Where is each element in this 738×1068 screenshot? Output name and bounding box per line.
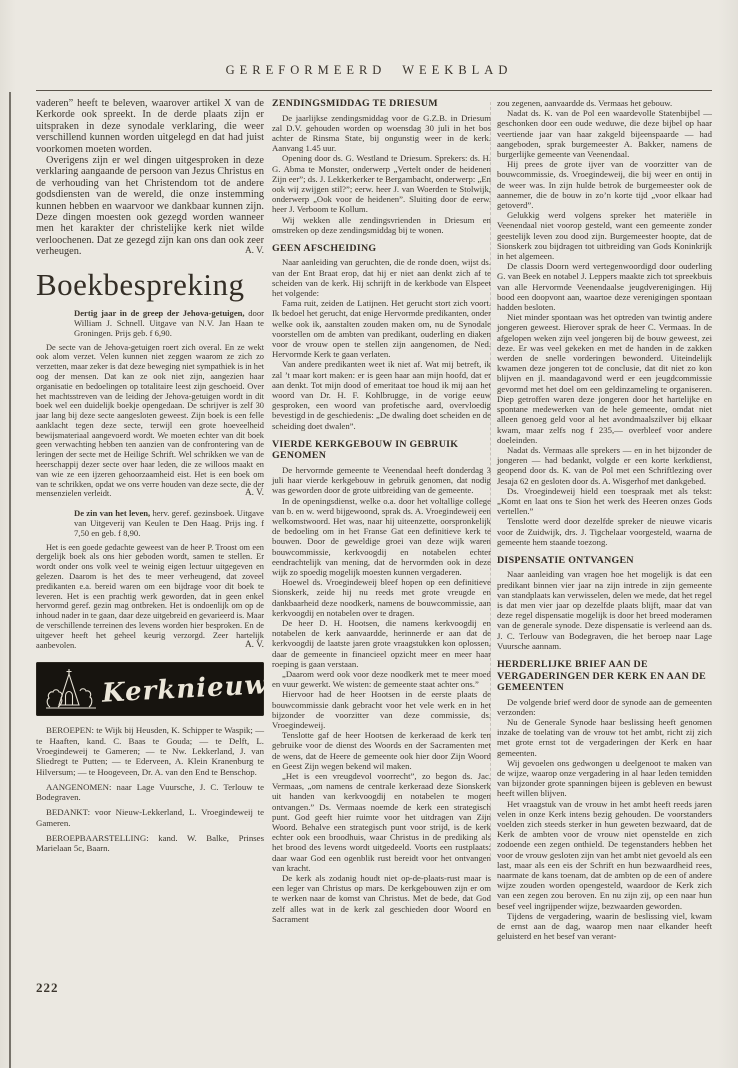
article-paragraph: De jaarlijkse zendingsmiddag voor de G.Z…: [272, 113, 491, 154]
article-paragraph: Hoewel ds. Vroegindeweij bleef hopen op …: [272, 577, 491, 618]
article-paragraph: Naar aanleiding van geruchten, die de ro…: [272, 257, 491, 298]
article-paragraph: „Daarom werd ook voor deze noodkerk met …: [272, 669, 491, 689]
kerknieuws-banner: Kerknieuws: [36, 662, 264, 716]
continuation-paragraph: Overigens zijn er wel dingen uitgesproke…: [36, 155, 264, 258]
article-paragraph: Naar aanleiding van vragen hoe het mogel…: [497, 569, 712, 651]
article-paragraph: Tijdens de vergadering, waarin de beslis…: [497, 911, 712, 942]
article-paragraph: Nu de Generale Synode haar beslissing he…: [497, 717, 712, 758]
left-column: vaderen” heeft te beleven, waarover arti…: [36, 98, 264, 859]
author-initials: A. V.: [235, 489, 264, 499]
book-title: Dertig jaar in de greep der Jehova-getui…: [74, 308, 245, 318]
middle-column: ZENDINGSMIDDAG TE DRIESUM De jaarlijkse …: [272, 98, 491, 924]
article-paragraph: Wij wekken alle zendingsvrienden in Drie…: [272, 215, 491, 235]
article-paragraph: Nadat ds. K. van de Pol een waardevolle …: [497, 108, 712, 159]
article-paragraph: Tenslotte gaf de heer Hootsen de kerkera…: [272, 730, 491, 771]
book-title: De zin van het leven,: [74, 508, 150, 518]
article-paragraph: „Het is een vreugdevol voorrecht”, zo be…: [272, 771, 491, 873]
article-heading: ZENDINGSMIDDAG TE DRIESUM: [272, 98, 491, 110]
article-paragraph: Ds. Vroegindeweij hield een toespraak me…: [497, 486, 712, 517]
article-heading: GEEN AFSCHEIDING: [272, 243, 491, 255]
article-paragraph: Gelukkig werd volgens spreker het materi…: [497, 210, 712, 261]
beroepbaarstelling-notice: BEROEPBAARSTELLING: kand. W. Balke, Prin…: [36, 833, 264, 854]
book-review: Het is een goede gedachte geweest van de…: [36, 543, 264, 651]
author-initials: A. V.: [235, 246, 264, 257]
kerknieuws-banner-title: Kerknieuws: [101, 670, 264, 709]
article-paragraph: Tenslotte werd door dezelfde spreker de …: [497, 516, 712, 547]
article-paragraph: Hij prees de grote ijver van de voorzitt…: [497, 159, 712, 210]
article-paragraph: Opening door ds. G. Westland te Driesum.…: [272, 153, 491, 214]
book-review: De secte van de Jehova-getuigen roert zi…: [36, 343, 264, 500]
article-paragraph: Het vraagstuk van de vrouw in het ambt h…: [497, 799, 712, 911]
book-citation: Dertig jaar in de greep der Jehova-getui…: [74, 308, 264, 338]
article-paragraph: De kerk als zodanig houdt niet op-de-pla…: [272, 873, 491, 924]
page-number: 222: [36, 980, 59, 996]
masthead-title: GEREFORMEERD WEEKBLAD: [0, 63, 738, 78]
article-paragraph: De hervormde gemeente te Veenendaal heef…: [272, 465, 491, 496]
book-citation: De zin van het leven, herv. geref. gezin…: [74, 508, 264, 538]
right-column: zou zegenen, aanvaardde ds. Vermaas het …: [497, 98, 712, 941]
article-paragraph: Van andere predikanten weet ik niet af. …: [272, 359, 491, 430]
author-initials: A. V.: [235, 641, 264, 651]
article-heading: VIERDE KERKGEBOUW IN GEBRUIK GENOMEN: [272, 439, 491, 462]
article-paragraph: Niet minder spontaan was het optreden va…: [497, 312, 712, 445]
scan-edge-artifact: [9, 92, 11, 1068]
article-paragraph: Nadat ds. Vermaas alle sprekers — en in …: [497, 445, 712, 486]
article-heading: HERDERLIJKE BRIEF AAN DE VERGADERINGEN D…: [497, 659, 712, 694]
aangenomen-notice: AANGENOMEN: naar Lage Vuursche, J. C. Te…: [36, 782, 264, 803]
article-paragraph: Wij gevoelen ons gedwongen u deelgenoot …: [497, 758, 712, 799]
article-paragraph: De heer D. H. Hootsen, die namens kerkvo…: [272, 618, 491, 669]
bedankt-notice: BEDANKT: voor Nieuw-Lekkerland, L. Vroeg…: [36, 807, 264, 828]
article-paragraph: De volgende brief werd door de synode aa…: [497, 697, 712, 717]
article-paragraph: Hiervoor had de heer Hootsen in de eerst…: [272, 689, 491, 730]
article-paragraph: In de openingsdienst, welke o.a. door he…: [272, 496, 491, 578]
beroepen-notice: BEROEPEN: te Wijk bij Heusden, K. Schipp…: [36, 725, 264, 776]
section-title-boekbespreking: Boekbespreking: [36, 269, 264, 302]
continuation-paragraph: vaderen” heeft te beleven, waarover arti…: [36, 98, 264, 155]
article-paragraph: Fama ruit, zeiden de Latijnen. Het geruc…: [272, 298, 491, 359]
article-paragraph: De classis Doorn werd vertegenwoordigd d…: [497, 261, 712, 312]
article-heading: DISPENSATIE ONTVANGEN: [497, 555, 712, 567]
newspaper-page: GEREFORMEERD WEEKBLAD vaderen” heeft te …: [0, 0, 738, 1068]
church-icon: [42, 667, 100, 713]
masthead-rule: [36, 90, 712, 91]
article-paragraph: zou zegenen, aanvaardde ds. Vermaas het …: [497, 98, 712, 108]
